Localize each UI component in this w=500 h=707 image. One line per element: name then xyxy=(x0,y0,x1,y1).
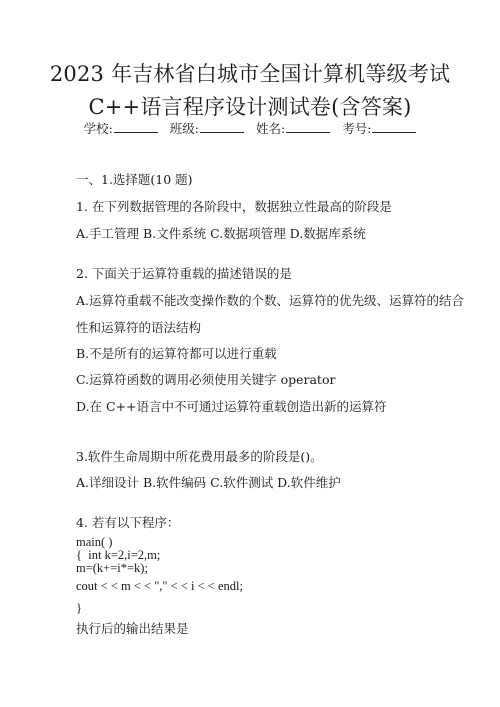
exam-number-blank[interactable] xyxy=(372,120,416,133)
exam-title-line-1: 2023 年吉林省白城市全国计算机等级考试 xyxy=(0,58,500,88)
name-label: 姓名: xyxy=(256,121,285,136)
school-label: 学校: xyxy=(84,121,113,136)
question-2-option-a-line-2: 性和运算符的语法结构 xyxy=(76,318,201,336)
class-label: 班级: xyxy=(170,121,199,136)
question-4-tail: 执行后的输出结果是 xyxy=(76,619,189,637)
question-1-options: A.手工管理 B.文件系统 C.数据项管理 D.数据库系统 xyxy=(76,224,366,242)
exam-number-field[interactable]: 考号: xyxy=(342,119,416,137)
student-info-row: 学校: 班级: 姓名: 考号: xyxy=(0,119,500,137)
name-field[interactable]: 姓名: xyxy=(256,119,330,137)
class-blank[interactable] xyxy=(200,120,244,133)
exam-title-line-2: C++语言程序设计测试卷(含答案) xyxy=(0,91,500,121)
question-2-option-b: B.不是所有的运算符都可以进行重载 xyxy=(76,344,277,362)
school-field[interactable]: 学校: xyxy=(84,119,158,137)
school-blank[interactable] xyxy=(114,120,158,133)
question-4-stem: 4. 若有以下程序： xyxy=(76,513,179,531)
class-field[interactable]: 班级: xyxy=(170,119,244,137)
question-3-options: A.详细设计 B.软件编码 C.软件测试 D.软件维护 xyxy=(76,473,341,491)
question-2-option-a-line-1: A.运算符重载不能改变操作数的个数、运算符的优先级、运算符的结合 xyxy=(76,291,464,309)
name-blank[interactable] xyxy=(286,120,330,133)
question-2-option-c: C.运算符函数的调用必须使用关键字 operator xyxy=(76,370,335,388)
question-2-stem: 2. 下面关于运算符重载的描述错误的是 xyxy=(76,264,292,282)
question-1-stem: 1. 在下列数据管理的各阶段中，数据独立性最高的阶段是 xyxy=(76,197,392,215)
question-4-code-line-5: } xyxy=(76,602,82,615)
section-heading: 一、1.选择题(10 题) xyxy=(76,170,193,188)
exam-number-label: 考号: xyxy=(342,121,371,136)
question-4-code-line-4: cout < < m < < "," < < i < < endl; xyxy=(76,580,243,593)
question-3-stem: 3.软件生命周期中所花费用最多的阶段是()。 xyxy=(76,447,323,465)
exam-page: 2023 年吉林省白城市全国计算机等级考试 C++语言程序设计测试卷(含答案) … xyxy=(0,0,500,707)
question-4-code-line-3: m=(k+=i*=k); xyxy=(76,562,148,575)
question-2-option-d: D.在 C++语言中不可通过运算符重载创造出新的运算符 xyxy=(76,397,387,415)
